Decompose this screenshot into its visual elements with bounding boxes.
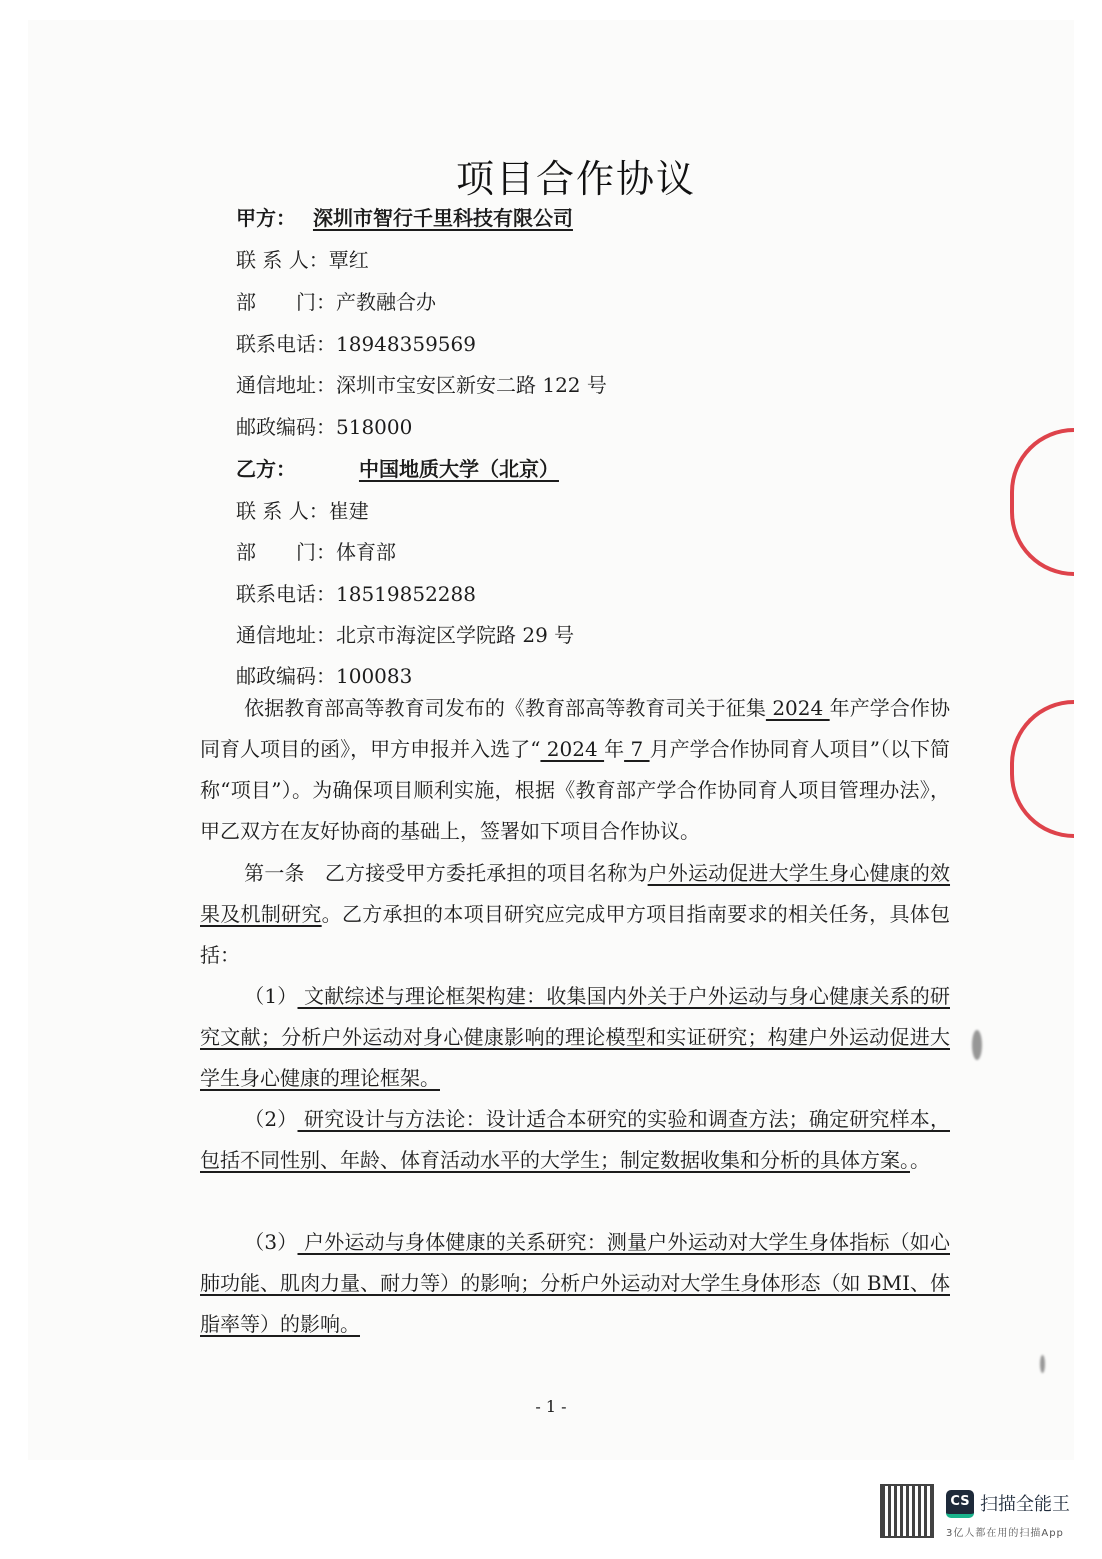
label: 邮政编码： <box>236 415 336 439</box>
article-1: 第一条 乙方接受甲方委托承担的项目名称为户外运动促进大学生身心健康的效果及机制研… <box>200 853 950 976</box>
party-b-address: 通信地址：北京市海淀区学院路 29 号 <box>236 619 574 648</box>
label: 通信地址： <box>236 623 336 647</box>
year-blank: 2024 <box>540 737 604 761</box>
task-item-1: （1） 文献综述与理论框架构建：收集国内外关于户外运动与身心健康关系的研究文献；… <box>200 976 950 1099</box>
label: 联 系 人： <box>236 248 329 272</box>
value: 覃红 <box>329 248 369 272</box>
party-b-line: 乙方： 中国地质大学（北京） <box>236 453 609 482</box>
task-item-3: （3） 户外运动与身体健康的关系研究：测量户外运动对大学生身体指标（如心肺功能、… <box>200 1222 950 1345</box>
value: 崔建 <box>329 499 369 523</box>
intro-paragraph: 依据教育部高等教育司发布的《教育部高等教育司关于征集 2024 年产学合作协同育… <box>200 688 950 852</box>
label: 邮政编码： <box>236 664 336 688</box>
label: 联系电话： <box>236 582 336 606</box>
page-number: - 1 - <box>28 1397 1074 1416</box>
value: 深圳市宝安区新安二路 122 号 <box>336 373 607 397</box>
party-b-name: 中国地质大学（北京） <box>303 457 609 481</box>
watermark-app-name: 扫描全能王 <box>980 1490 1070 1516</box>
year-blank: 2024 <box>766 696 830 720</box>
qr-code-icon <box>880 1484 934 1538</box>
value: 100083 <box>336 664 412 688</box>
text: 乙方接受甲方委托承担的项目名称为 <box>325 861 648 885</box>
party-b-label: 乙方： <box>236 457 296 481</box>
value: 产教融合办 <box>336 290 436 314</box>
party-a-postcode: 邮政编码：518000 <box>236 411 412 440</box>
party-a-dept: 部 门：产教融合办 <box>236 286 436 315</box>
value: 体育部 <box>336 540 396 564</box>
text: 年 <box>604 737 624 761</box>
value: 518000 <box>336 415 412 439</box>
label: 联系电话： <box>236 332 336 356</box>
party-a-line: 甲方： 深圳市智行千里科技有限公司 <box>236 202 583 231</box>
party-b-postcode: 邮政编码：100083 <box>236 660 412 689</box>
scanned-page: 项目合作协议 甲方： 深圳市智行千里科技有限公司 联 系 人：覃红 部 门：产教… <box>28 20 1074 1460</box>
party-b-dept: 部 门：体育部 <box>236 536 396 565</box>
task-text: 文献综述与理论框架构建：收集国内外关于户外运动与身心健康关系的研究文献；分析户外… <box>200 984 950 1090</box>
value: 18948359569 <box>336 332 476 356</box>
watermark-tagline: 3亿人都在用的扫描App <box>946 1524 1064 1539</box>
party-a-label: 甲方： <box>236 206 296 230</box>
party-a-name: 深圳市智行千里科技有限公司 <box>303 206 583 230</box>
task-number: （1） <box>244 984 298 1008</box>
text: 。 <box>910 1148 930 1172</box>
party-a-address: 通信地址：深圳市宝安区新安二路 122 号 <box>236 369 607 398</box>
task-text: 研究设计与方法论：设计适合本研究的实验和调查方法；确定研究样本，包括不同性别、年… <box>200 1107 950 1172</box>
camscanner-logo-icon: CS <box>946 1490 974 1518</box>
task-number: （3） <box>244 1230 298 1254</box>
party-a-contact: 联 系 人：覃红 <box>236 244 369 273</box>
label: 部 门： <box>236 290 336 314</box>
scan-smudge <box>1040 1355 1045 1373</box>
value: 18519852288 <box>336 582 476 606</box>
label: 联 系 人： <box>236 499 329 523</box>
text: 依据教育部高等教育司发布的《教育部高等教育司关于征集 <box>244 696 766 720</box>
task-item-2: （2） 研究设计与方法论：设计适合本研究的实验和调查方法；确定研究样本，包括不同… <box>200 1099 950 1181</box>
label: 通信地址： <box>236 373 336 397</box>
article-heading: 第一条 <box>244 861 325 885</box>
task-number: （2） <box>244 1107 298 1131</box>
party-b-phone: 联系电话：18519852288 <box>236 578 476 607</box>
label: 部 门： <box>236 540 336 564</box>
month-blank: 7 <box>624 737 649 761</box>
scan-smudge <box>972 1030 982 1060</box>
party-b-contact: 联 系 人：崔建 <box>236 495 369 524</box>
document-title: 项目合作协议 <box>28 148 1074 203</box>
camscanner-watermark: CS 扫描全能王 3亿人都在用的扫描App <box>880 1484 1080 1544</box>
value: 北京市海淀区学院路 29 号 <box>336 623 574 647</box>
task-text: 户外运动与身体健康的关系研究：测量户外运动对大学生身体指标（如心肺功能、肌肉力量… <box>200 1230 950 1336</box>
party-a-phone: 联系电话：18948359569 <box>236 328 476 357</box>
